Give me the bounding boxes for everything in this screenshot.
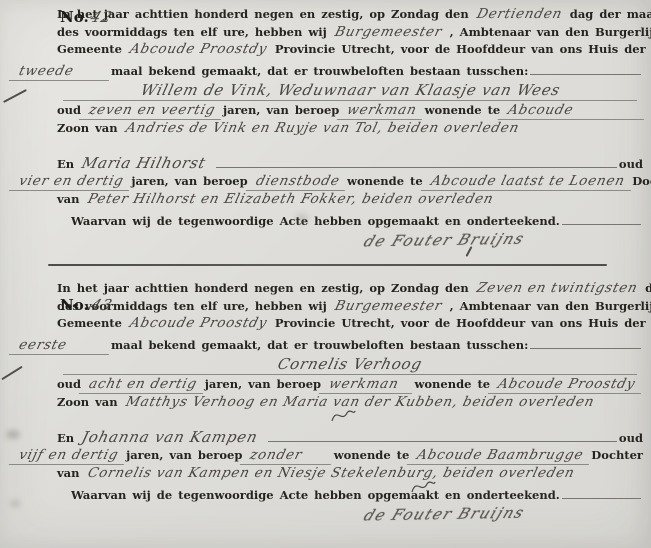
bride-occupation-field: dienstbode [245,173,349,191]
bride-name-row: En Maria Hilhorst oud [57,151,643,173]
oud-label: oud [57,102,81,119]
groom-name-row: Cornelis Verhoog [63,356,637,375]
year-text: In het jaar achttien honderd negen en ze… [57,280,469,297]
closing-text: Waarvan wij de tegenwoordige Acte hebben… [71,487,560,504]
groom-occupation-field: werkman [319,376,417,394]
burgemeester-signature: de Fouter Bruijns [353,230,535,250]
groom-details-row: oud zeven en veertig jaren, van beroep w… [57,102,643,120]
gemeente-label: Gemeente [57,315,122,332]
month-label: dag der maand [570,6,651,23]
groom-parents-row: Zoon van Andries de Vink en Ruyje van To… [57,120,643,137]
ink-smudge [6,430,20,439]
groom-parents-field: Matthys Verhoog en Maria van der Kubben,… [115,394,645,411]
jaren-label: jaren, van beroep [126,447,242,464]
bride-residence-field: Abcoude laatst te Loenen [420,173,634,191]
jaren-label: jaren, van beroep [223,102,339,119]
gemeente-label: Gemeente [57,41,122,58]
oud-label: oud [57,376,81,393]
record-43-line4: eerste maal bekend gemaakt, dat er trouw… [57,332,643,355]
ink-smudge [10,500,20,507]
van-label: van [57,191,80,208]
groom-residence-field: Abcoude [498,102,648,120]
blank-rule [530,332,641,349]
bride-details-row: vijf en dertig jaren, van beroep zonder … [57,447,643,465]
wonende-label: wonende te [334,447,410,464]
bride-age-field: vier en dertig [9,173,134,191]
flourish-mark [410,479,436,498]
van-label: van [57,465,80,482]
official-field: Burgemeester [325,298,452,315]
dochter-label: Dochter [591,447,643,464]
no-value: 42 [86,9,117,26]
record-43-line1: No.43 In het jaar achttien honderd negen… [57,280,643,298]
bride-parents-row: van Cornelis van Kampen en Niesje Stekel… [57,465,643,482]
no-value: 43 [86,297,117,314]
bride-details-row: vier en dertig jaren, van beroep dienstb… [57,173,643,191]
bride-parents-field: Peter Hilhorst en Elizabeth Fokker, beid… [77,191,645,208]
registry-page: No.42 In het jaar achttien honderd negen… [0,0,651,548]
time-text: des voormiddags ten elf ure, hebben wij [57,24,327,41]
province-text: Provincie Utrecht, voor de Hoofddeur van… [275,41,651,58]
banns-text: maal bekend gemaakt, dat er trouwbelofte… [111,337,528,354]
closing-row: Waarvan wij de tegenwoordige Acte hebben… [57,482,643,504]
province-text: Provincie Utrecht, voor de Hoofddeur van… [275,315,651,332]
groom-residence-field: Abcoude Proostdy [488,376,645,394]
bride-name-row: En Johanna van Kampen oud [57,425,643,447]
blank-rule [268,425,617,442]
no-label: No. [60,296,89,314]
blank-rule [562,482,641,499]
day-field: Dertienden [467,6,572,23]
record-42: No.42 In het jaar achttien honderd negen… [0,0,651,258]
groom-name-field: Willem de Vink, Weduwnaar van Klaasje va… [130,82,569,99]
groom-age-field: acht en dertig [79,376,207,394]
blank-rule [216,151,617,168]
record-42-line2: des voormiddags ten elf ure, hebben wij … [57,24,643,41]
signature-row: de Fouter Bruijns [57,506,643,532]
official-title-text: , Ambtenaar van den Burgerlijken Stand d… [450,298,651,315]
wonende-label: wonende te [425,102,501,119]
official-title-text: , Ambtenaar van den Burgerlijken Stand d… [450,24,651,41]
blank-rule [530,58,641,75]
record-43: No.43 In het jaar achttien honderd negen… [0,266,651,532]
zoon-van-label: Zoon van [57,394,118,411]
groom-name-field: Cornelis Verhoog [268,356,432,373]
bride-parents-row: van Peter Hilhorst en Elizabeth Fokker, … [57,191,643,208]
groom-parents-field: Andries de Vink en Ruyje van Tol, beiden… [115,120,645,137]
bride-residence-field: Abcoude Baambrugge [407,447,593,465]
oud-label: oud [619,430,643,447]
burgemeester-signature: de Fouter Bruijns [353,504,535,524]
signature-row: de Fouter Bruijns [57,232,643,258]
groom-age-field: zeven en veertig [79,102,225,120]
record-42-number: No.42 [60,8,113,26]
year-text: In het jaar achttien honderd negen en ze… [57,6,469,23]
gemeente-field: Abcoude Proostdy [120,315,277,332]
banns-text: maal bekend gemaakt, dat er trouwbelofte… [111,63,528,80]
record-42-line4: tweede maal bekend gemaakt, dat er trouw… [57,58,643,81]
record-42-line1: No.42 In het jaar achttien honderd negen… [57,6,643,24]
record-43-number: No.43 [60,296,113,314]
bride-occupation-field: zonder [240,447,336,465]
day-field: Zeven en twintigsten [467,280,648,297]
ink-smudge [296,214,308,222]
flourish-mark [330,408,356,427]
wonende-label: wonende te [414,376,490,393]
groom-name-row: Willem de Vink, Weduwnaar van Klaasje va… [63,82,637,101]
ordinal-field: tweede [9,63,113,81]
bride-name-field: Johanna van Kampen [72,429,268,446]
bride-parents-field: Cornelis van Kampen en Niesje Stekelenbu… [77,465,645,482]
groom-details-row: oud acht en dertig jaren, van beroep wer… [57,376,643,394]
bride-name-field: Maria Hilhorst [72,155,216,172]
ordinal-field: eerste [9,337,113,355]
groom-occupation-field: werkman [337,102,427,120]
blank-rule [562,208,641,225]
jaren-label: jaren, van beroep [131,173,247,190]
wonende-label: wonende te [347,173,423,190]
bride-age-field: vijf en dertig [9,447,129,465]
record-42-line3: Gemeente Abcoude Proostdy Provincie Utre… [57,41,643,58]
closing-text: Waarvan wij de tegenwoordige Acte hebben… [71,213,560,230]
record-43-line2: des voormiddags ten elf ure, hebben wij … [57,298,643,315]
dochter-label: Dochter [632,173,651,190]
oud-label: oud [619,156,643,173]
official-field: Burgemeester [325,24,452,41]
no-label: No. [60,8,89,26]
record-43-line3: Gemeente Abcoude Proostdy Provincie Utre… [57,315,643,332]
zoon-van-label: Zoon van [57,120,118,137]
jaren-label: jaren, van beroep [205,376,321,393]
gemeente-field: Abcoude Proostdy [120,41,277,58]
closing-row: Waarvan wij de tegenwoordige Acte hebben… [57,208,643,230]
